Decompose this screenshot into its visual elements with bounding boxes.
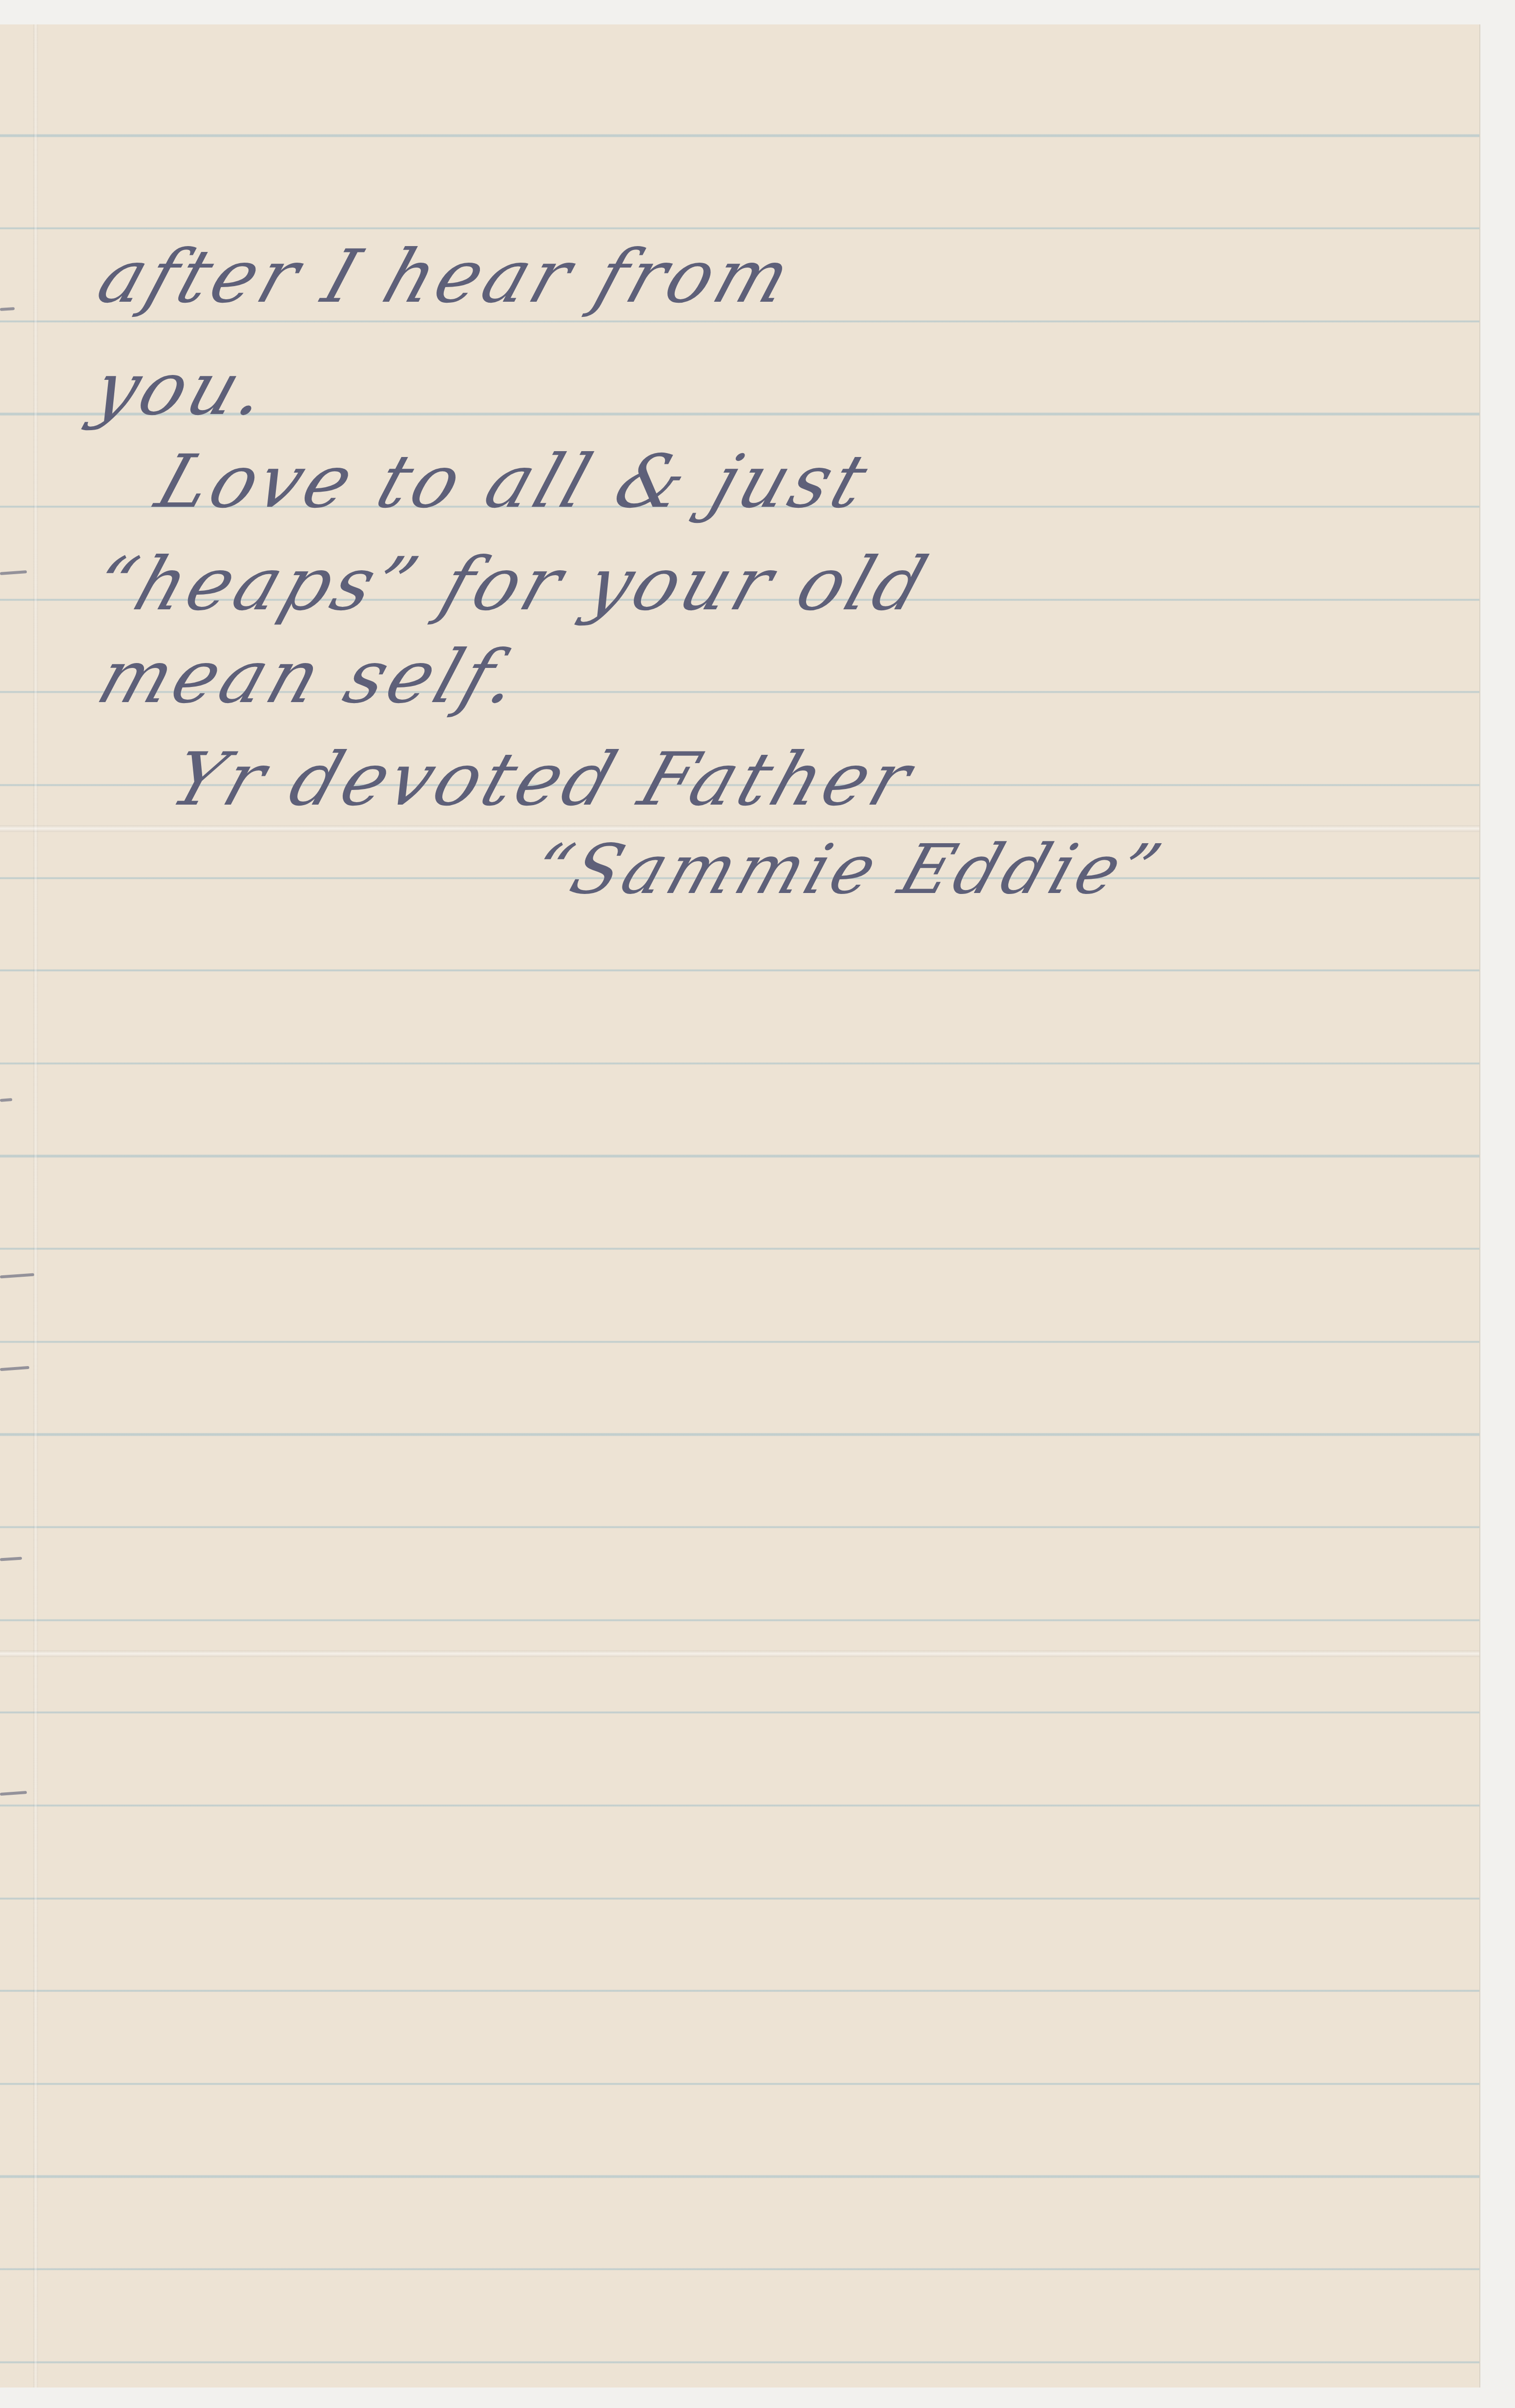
previous-page-ink-fragment	[0, 307, 15, 311]
letter-line-1: after I hear from	[88, 234, 804, 319]
vertical-fold-crease	[33, 24, 38, 2387]
letter-closing: Yr devoted Father	[161, 737, 925, 822]
letter-line-2: you.	[83, 347, 282, 432]
previous-page-ink-fragment	[0, 1273, 34, 1279]
previous-page-ink-fragment	[0, 1366, 29, 1371]
horizontal-fold-crease	[0, 1650, 1479, 1657]
letter-sheet: after I hear from you. Love to all & jus…	[0, 24, 1479, 2387]
previous-page-ink-fragment	[0, 570, 27, 575]
previous-page-ink-fragment	[0, 1791, 27, 1796]
letter-line-5: mean self.	[88, 635, 534, 720]
letter-line-4: “heaps” for your old	[83, 542, 940, 627]
letter-line-3: Love to all & just	[146, 439, 881, 524]
letter-signature: “Sammie Eddie”	[522, 830, 1174, 910]
previous-page-ink-fragment	[0, 1098, 12, 1102]
previous-page-ink-fragment	[0, 1557, 22, 1561]
